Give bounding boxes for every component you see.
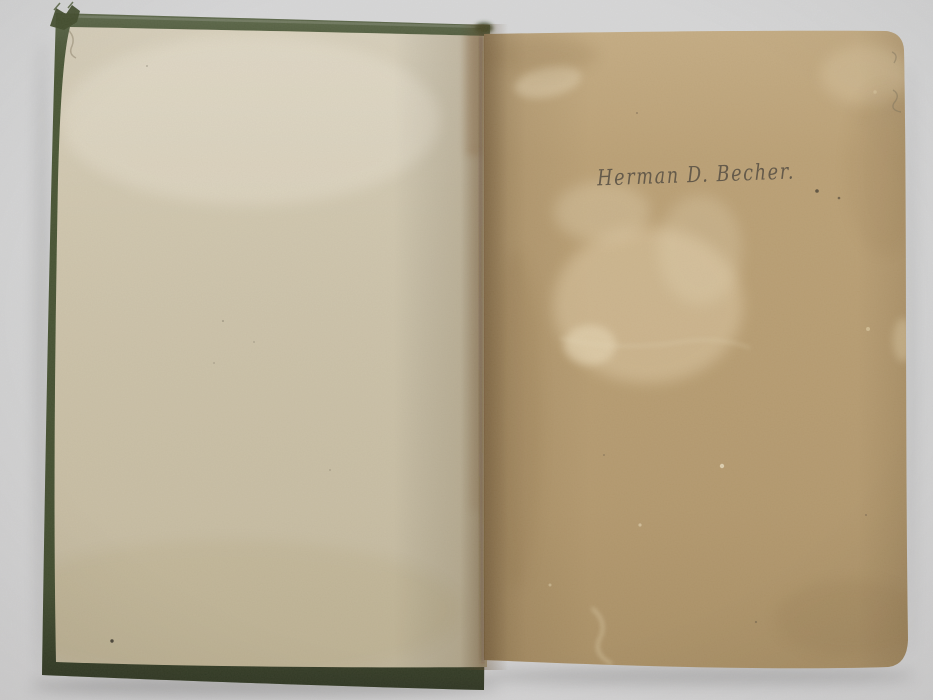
- open-book-scene: Herman D. Becher.: [0, 0, 933, 700]
- vignette-overlay: [0, 0, 933, 700]
- book-photograph: Herman D. Becher.: [0, 0, 933, 700]
